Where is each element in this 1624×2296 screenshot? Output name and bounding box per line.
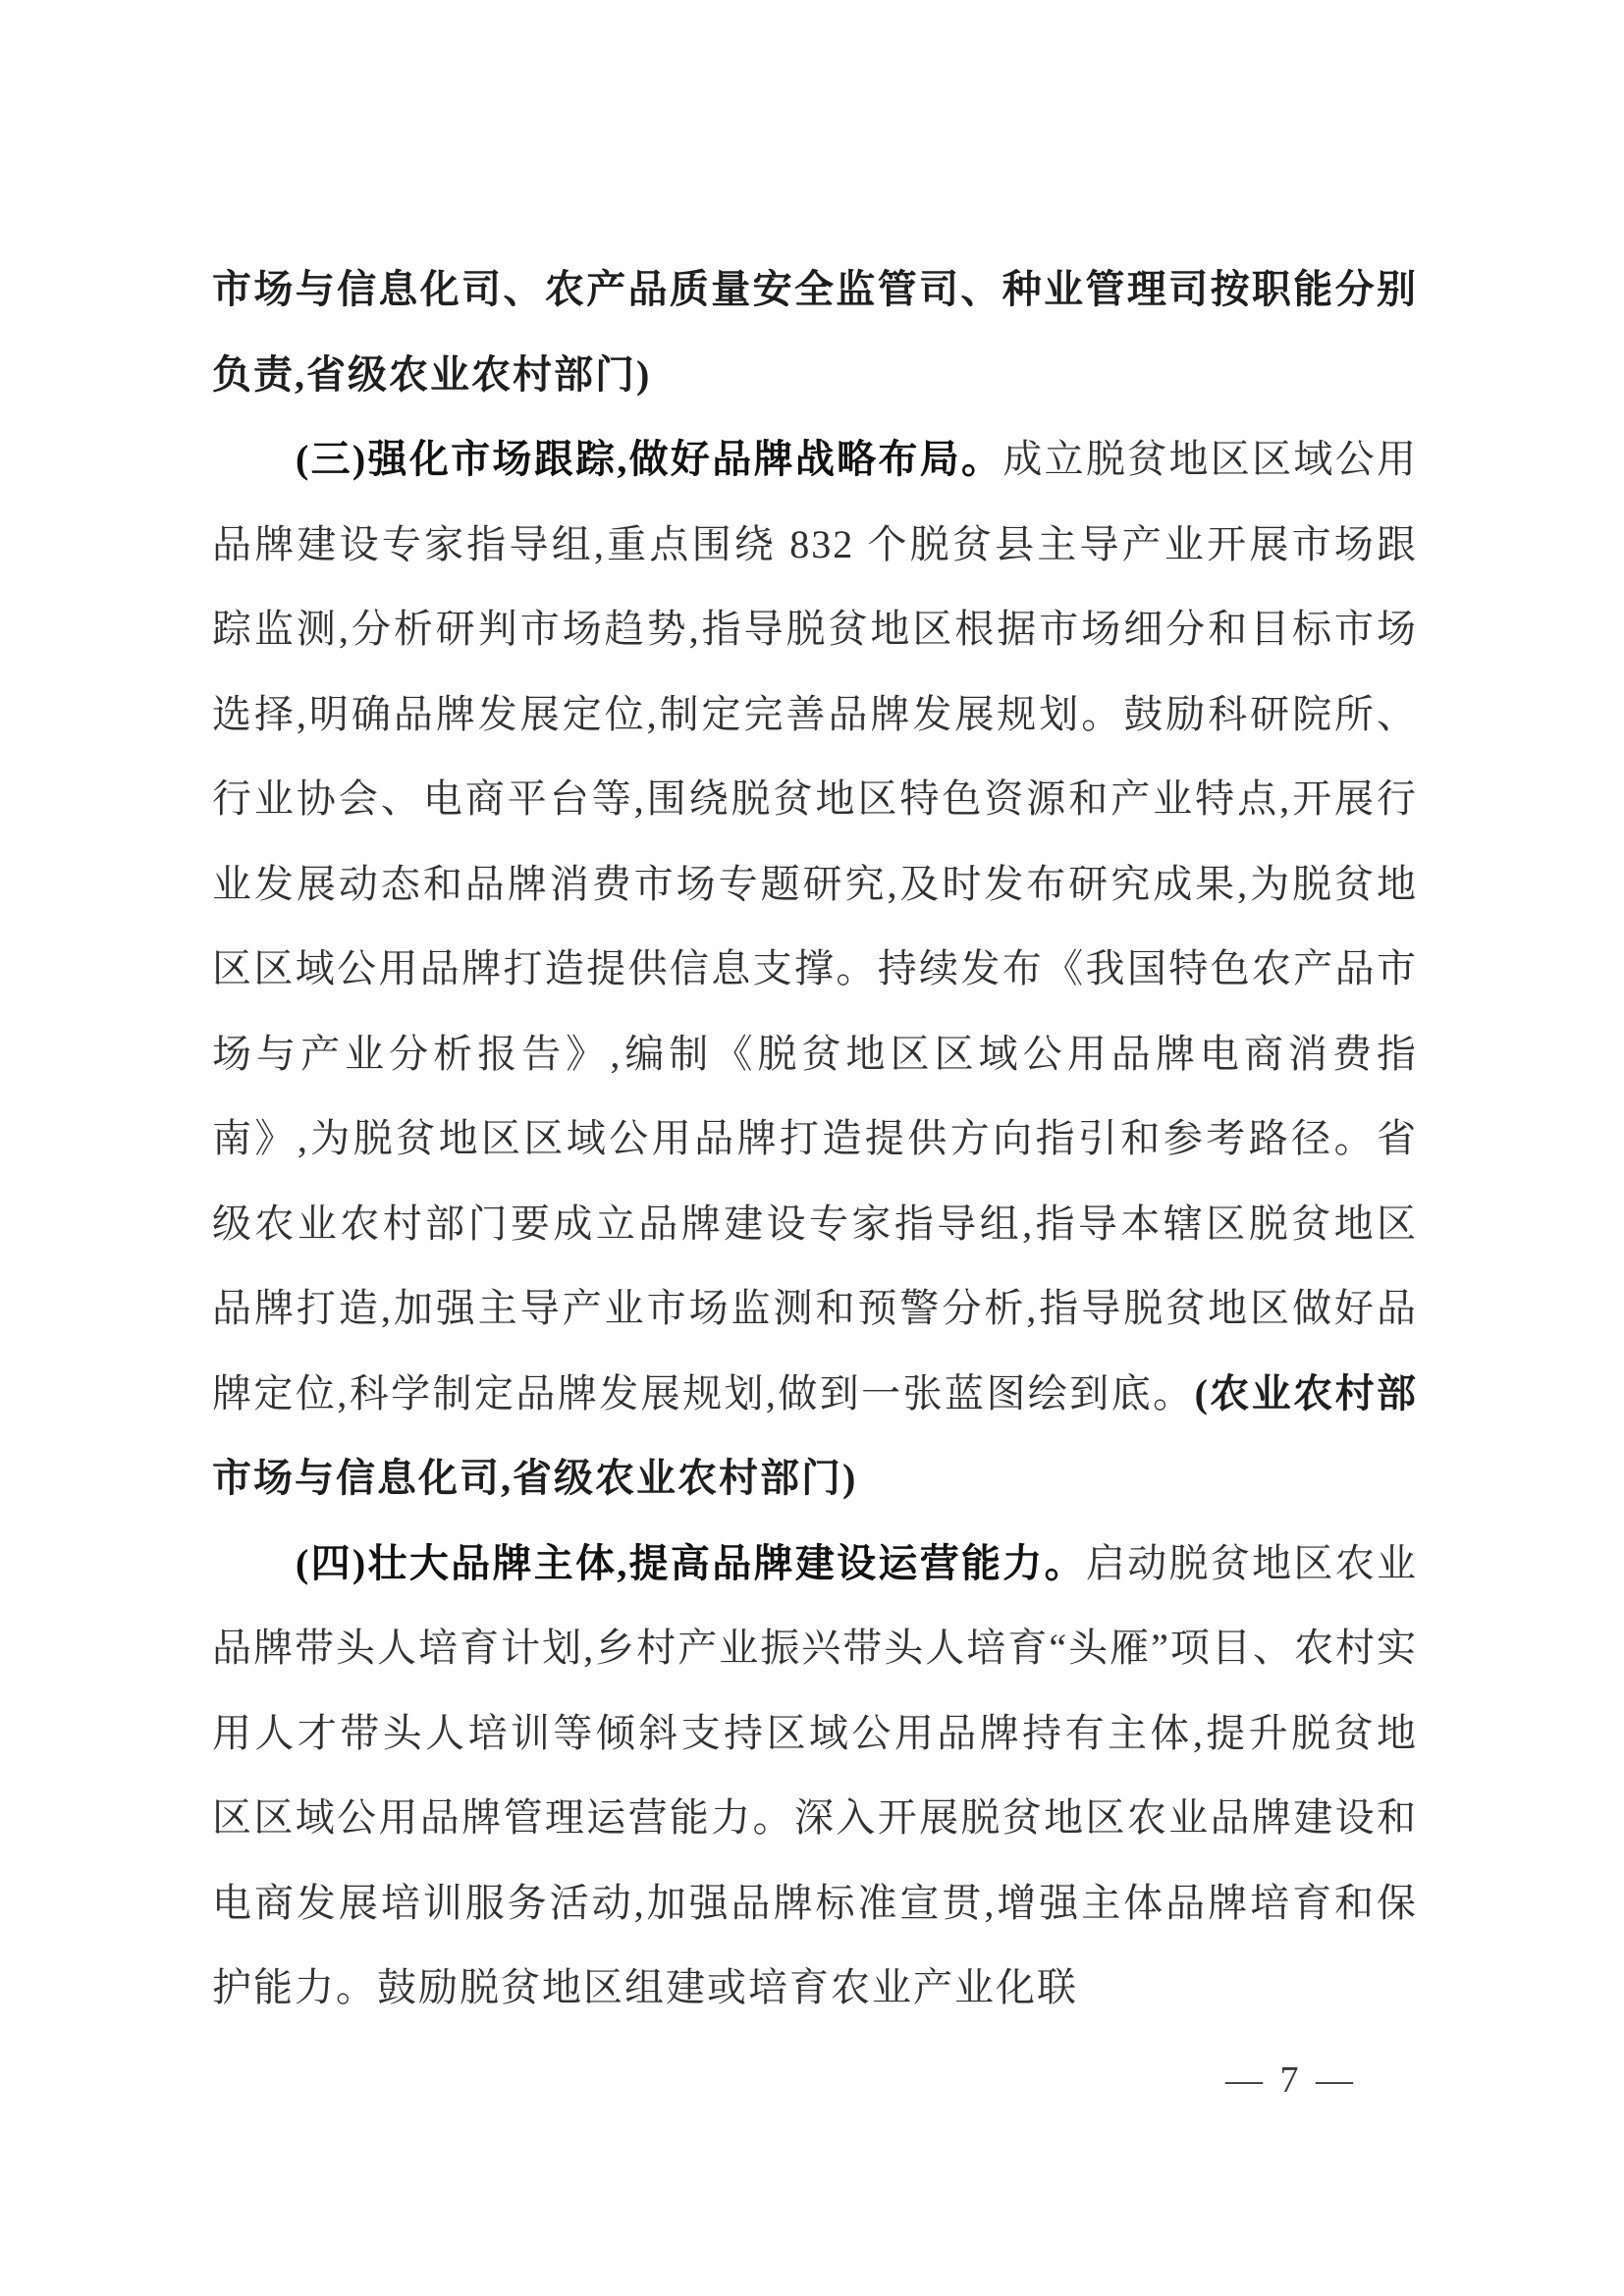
page-number: — 7 —	[1183, 2054, 1399, 2107]
paragraph-section-4: (四)壮大品牌主体,提高品牌建设运营能力。启动脱贫地区农业品牌带头人培育计划,乡…	[212, 1522, 1418, 2031]
paragraph-attribution-continuation: 市场与信息化司、农产品质量安全监管司、种业管理司按职能分别负责,省级农业农村部门…	[212, 247, 1418, 417]
attribution-continuation-text: 市场与信息化司、农产品质量安全监管司、种业管理司按职能分别负责,省级农业农村部门…	[212, 267, 1418, 397]
document-body: 市场与信息化司、农产品质量安全监管司、种业管理司按职能分别负责,省级农业农村部门…	[212, 247, 1418, 2031]
section-4-body-text: 启动脱贫地区农业品牌带头人培育计划,乡村产业振兴带头人培育“头雁”项目、农村实用…	[212, 1541, 1418, 2010]
paragraph-section-3: (三)强化市场跟踪,做好品牌战略布局。成立脱贫地区区域公用品牌建设专家指导组,重…	[212, 417, 1418, 1522]
section-4-heading: (四)壮大品牌主体,提高品牌建设运营能力。	[296, 1541, 1086, 1585]
section-3-heading: (三)强化市场跟踪,做好品牌战略布局。	[296, 437, 1002, 481]
section-3-body-text: 成立脱贫地区区域公用品牌建设专家指导组,重点围绕 832 个脱贫县主导产业开展市…	[212, 437, 1418, 1415]
document-page: 市场与信息化司、农产品质量安全监管司、种业管理司按职能分别负责,省级农业农村部门…	[0, 0, 1624, 2296]
